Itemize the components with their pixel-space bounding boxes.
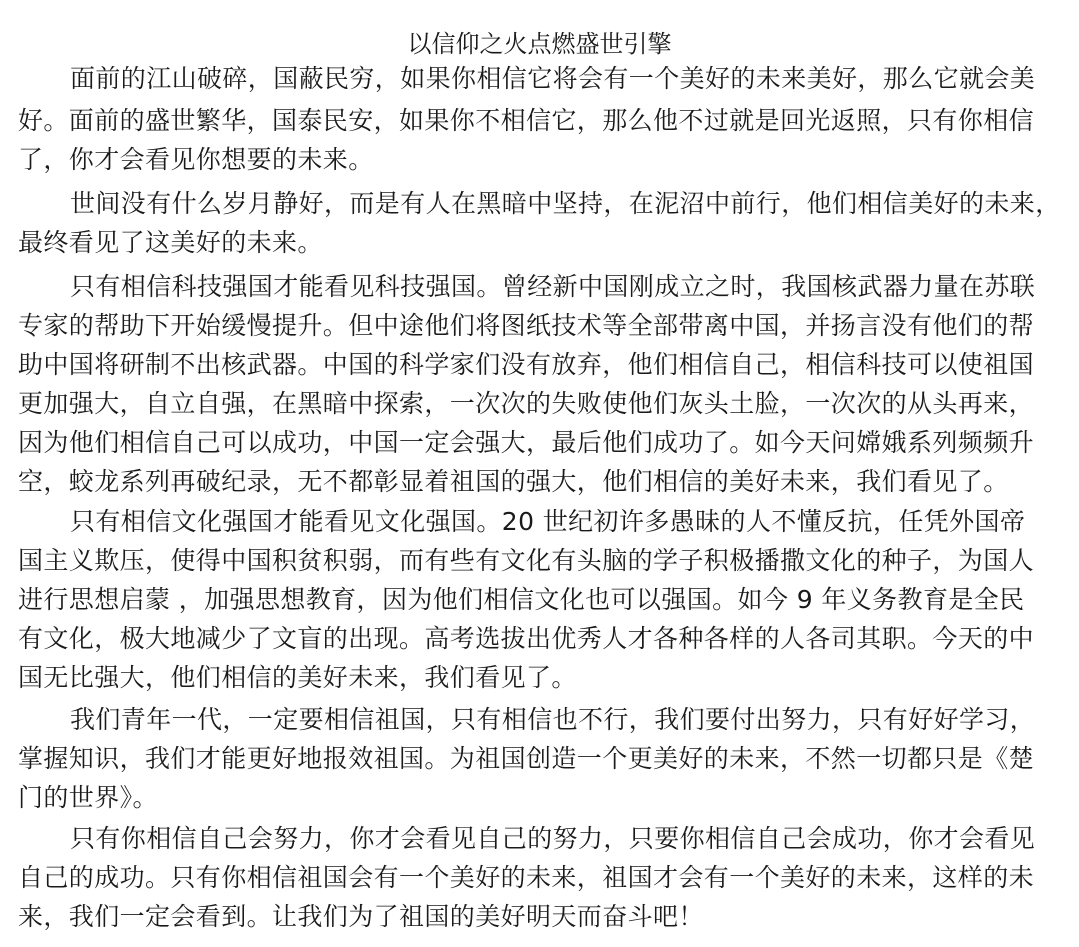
essay-title: 以信仰之火点燃盛世引擎: [0, 28, 1079, 60]
paragraph-2-line-1: 世间没有什么岁月静好，而是有人在黑暗中坚持，在泥沼中前行，他们相信美好的未来，: [70, 187, 1068, 221]
paragraph-1-line-1: 面前的江山破碎，国蔽民穷，如果你相信它将会有一个美好的未来美好，那么它就会美: [70, 62, 1068, 96]
paragraph-5-line-3: 门的世界》。: [18, 781, 1068, 815]
paragraph-1-line-3: 了，你才会看见你想要的未来。: [18, 143, 1068, 177]
paragraph-5-line-2: 掌握知识，我们才能更好地报效祖国。为祖国创造一个更美好的未来，不然一切都只是《楚: [18, 742, 1068, 776]
paragraph-3-line-2: 专家的帮助下开始缓慢提升。但中途他们将图纸技术等全部带离中国，并扬言没有他们的帮: [18, 309, 1068, 343]
paragraph-4-line-1: 只有相信文化强国才能看见文化强国。20 世纪初许多愚昧的人不懂反抗，任凭外国帝: [70, 505, 1068, 539]
essay-page: 以信仰之火点燃盛世引擎 面前的江山破碎，国蔽民穷，如果你相信它将会有一个美好的未…: [0, 0, 1079, 947]
paragraph-3-line-4: 更加强大，自立自强，在黑暗中探索，一次次的失败使他们灰头土脸，一次次的从头再来，: [18, 387, 1068, 421]
paragraph-6-line-1: 只有你相信自己会努力，你才会看见自己的努力，只要你相信自己会成功，你才会看见: [70, 822, 1068, 856]
paragraph-2-line-2: 最终看见了这美好的未来。: [18, 226, 1068, 260]
paragraph-4-line-2: 国主义欺压，使得中国积贫积弱，而有些有文化有头脑的学子积极播撒文化的种子，为国人: [18, 544, 1068, 578]
paragraph-3-line-6: 空，蛟龙系列再破纪录，无不都彰显着祖国的强大，他们相信的美好未来，我们看见了。: [18, 465, 1068, 499]
paragraph-3-line-5: 因为他们相信自己可以成功，中国一定会强大，最后他们成功了。如今天问嫦娥系列频频升: [18, 426, 1068, 460]
paragraph-4-line-3: 进行思想启蒙 ，加强思想教育，因为他们相信文化也可以强国。如今 9 年义务教育是…: [18, 583, 1068, 617]
paragraph-6-line-2: 自己的成功。只有你相信祖国会有一个美好的未来，祖国才会有一个美好的未来，这样的未: [18, 861, 1068, 895]
paragraph-5-line-1: 我们青年一代，一定要相信祖国，只有相信也不行，我们要付出努力，只有好好学习，: [70, 703, 1068, 737]
paragraph-6-line-3: 来，我们一定会看到。让我们为了祖国的美好明天而奋斗吧！: [18, 900, 1068, 934]
paragraph-4-line-4: 有文化，极大地减少了文盲的出现。高考选拔出优秀人才各种各样的人各司其职。今天的中: [18, 622, 1068, 656]
paragraph-1-line-2: 好。面前的盛世繁华，国泰民安，如果你不相信它，那么他不过就是回光返照，只有你相信: [18, 104, 1068, 138]
paragraph-4-line-5: 国无比强大，他们相信的美好未来，我们看见了。: [18, 661, 1068, 695]
paragraph-3-line-3: 助中国将研制不出核武器。中国的科学家们没有放弃，他们相信自己，相信科技可以使祖国: [18, 348, 1068, 382]
paragraph-3-line-1: 只有相信科技强国才能看见科技强国。曾经新中国刚成立之时，我国核武器力量在苏联: [70, 270, 1068, 304]
